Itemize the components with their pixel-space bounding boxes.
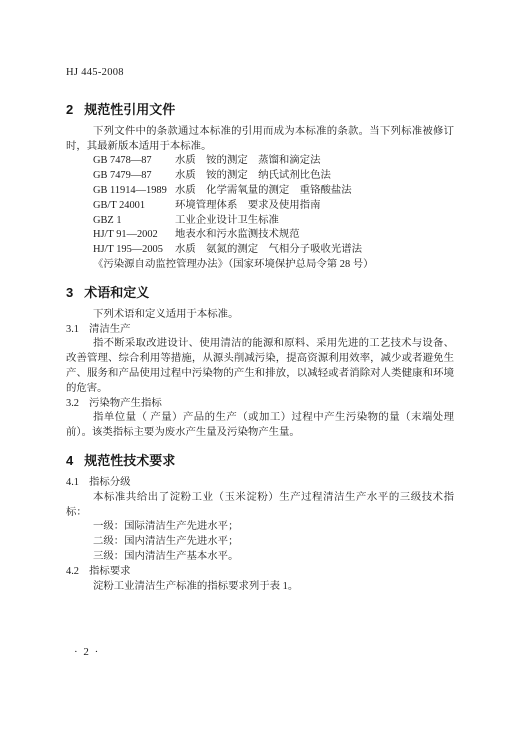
reference-title: 地表水和污水监测技术规范 [175,228,454,243]
reference-title: 水质 氨氮的测定 气相分子吸收光谱法 [175,243,454,258]
reference-title: 工业企业设计卫生标准 [175,214,454,229]
section-3-number: 3 [66,285,73,300]
reference-code: HJ/T 91—2002 [93,228,175,243]
subsection-4-2-heading: 4.2指标要求 [66,565,454,580]
subsection-3-1-body: 指不断采取改进设计、使用清洁的能源和原料、采用先进的工艺技术与设备、改善管理、综… [66,337,454,396]
reference-note-text: 《污染源自动监控管理办法》（国家环境保护总局令第 28 号） [93,258,374,273]
document-page: HJ 445-2008 2规范性引用文件 下列文件中的条款通过本标准的引用而成为… [0,0,516,729]
section-4-title: 规范性技术要求 [84,453,175,468]
reference-code: GB 7478—87 [93,154,175,169]
reference-row: GB/T 24001 环境管理体系 要求及使用指南 [93,199,454,214]
section-2-intro: 下列文件中的条款通过本标准的引用而成为本标准的条款。当下列标准被修订时，其最新版… [66,125,454,155]
reference-row: HJ/T 195—2005 水质 氨氮的测定 气相分子吸收光谱法 [93,243,454,258]
section-2-title: 规范性引用文件 [84,102,175,117]
document-code: HJ 445-2008 [66,66,454,81]
section-3-title: 术语和定义 [84,285,149,300]
page-content: HJ 445-2008 2规范性引用文件 下列文件中的条款通过本标准的引用而成为… [66,66,454,594]
subsection-4-1-heading: 4.1指标分级 [66,476,454,491]
subsection-3-2-title: 污染物产生指标 [89,398,162,409]
reference-list: GB 7478—87 水质 铵的测定 蒸馏和滴定法 GB 7479—87 水质 … [93,154,454,272]
reference-code: GB 7479—87 [93,169,175,184]
section-3-intro: 下列术语和定义适用于本标准。 [66,308,454,323]
reference-code: GBZ 1 [93,214,175,229]
section-2-heading: 2规范性引用文件 [66,101,454,118]
reference-row: GB 7478—87 水质 铵的测定 蒸馏和滴定法 [93,154,454,169]
subsection-3-1-heading: 3.1清洁生产 [66,323,454,338]
reference-title: 水质 化学需氧量的测定 重铬酸盐法 [175,184,454,199]
subsection-3-1-title: 清洁生产 [89,324,131,335]
reference-row: HJ/T 91—2002 地表水和污水监测技术规范 [93,228,454,243]
reference-row: GBZ 1 工业企业设计卫生标准 [93,214,454,229]
reference-row: GB 11914—1989 水质 化学需氧量的测定 重铬酸盐法 [93,184,454,199]
reference-note: 《污染源自动监控管理办法》（国家环境保护总局令第 28 号） [93,258,454,273]
subsection-4-2-number: 4.2 [66,566,79,577]
reference-row: GB 7479—87 水质 铵的测定 纳氏试剂比色法 [93,169,454,184]
subsection-4-2-title: 指标要求 [89,566,131,577]
reference-title: 水质 铵的测定 蒸馏和滴定法 [175,154,454,169]
grade-level-item: 一级：国际清洁生产先进水平； [93,520,454,535]
subsection-4-1-number: 4.1 [66,477,79,488]
subsection-4-2-intro: 淀粉工业清洁生产标准的指标要求列于表 1。 [66,580,454,595]
grade-level-item: 三级：国内清洁生产基本水平。 [93,550,454,565]
section-4-heading: 4规范性技术要求 [66,452,454,469]
grade-level-item: 二级：国内清洁生产先进水平； [93,535,454,550]
reference-title: 环境管理体系 要求及使用指南 [175,199,454,214]
reference-code: GB/T 24001 [93,199,175,214]
page-number: · 2 · [74,645,100,660]
subsection-3-1-number: 3.1 [66,324,79,335]
section-4-number: 4 [66,453,73,468]
subsection-4-1-title: 指标分级 [89,477,131,488]
section-2-number: 2 [66,102,73,117]
section-3-heading: 3术语和定义 [66,284,454,301]
subsection-3-2-number: 3.2 [66,398,79,409]
subsection-3-2-body: 指单位量（ 产量）产品的生产（或加工）过程中产生污染物的量（末端处理前）。该类指… [66,411,454,441]
reference-title: 水质 铵的测定 纳氏试剂比色法 [175,169,454,184]
reference-code: HJ/T 195—2005 [93,243,175,258]
subsection-4-1-intro: 本标准共给出了淀粉工业（玉米淀粉）生产过程清洁生产水平的三级技术指标： [66,491,454,521]
reference-code: GB 11914—1989 [93,184,175,199]
subsection-3-2-heading: 3.2污染物产生指标 [66,397,454,412]
